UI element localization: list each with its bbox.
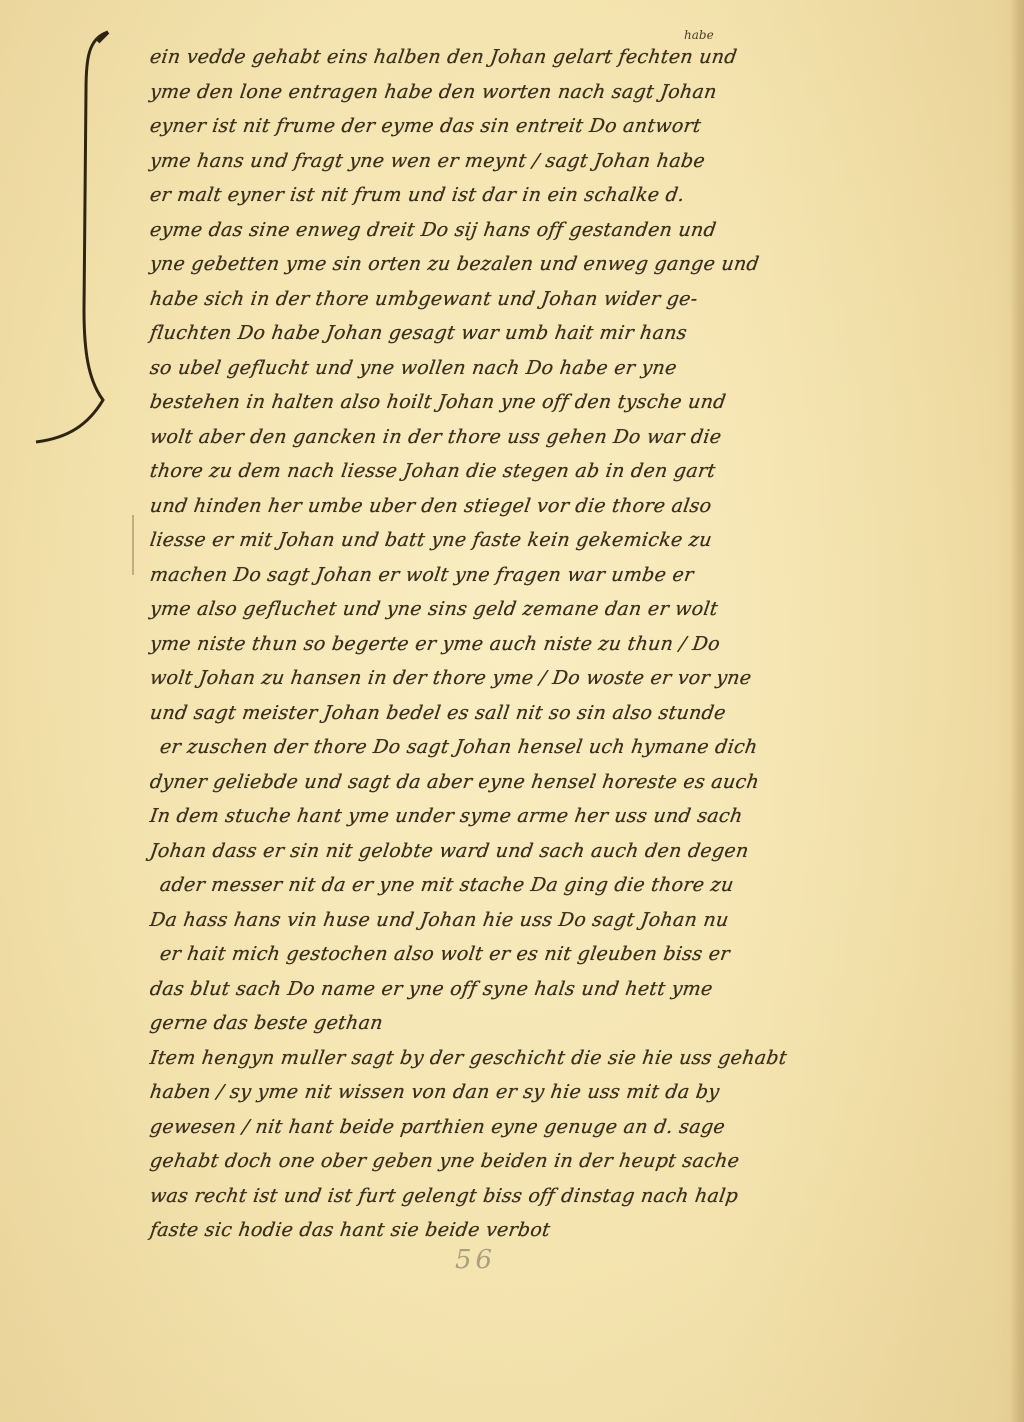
text-line: er hait mich gestochen also wolt er es n…: [148, 937, 1003, 972]
text-line: bestehen in halten also hoilt Johan yne …: [148, 385, 1003, 420]
text-line: Da hass hans vin huse und Johan hie uss …: [148, 903, 1003, 938]
text-line: wolt Johan zu hansen in der thore yme / …: [148, 661, 1003, 696]
text-line: faste sic hodie das hant sie beide verbo…: [148, 1213, 1003, 1248]
text-line: Item hengyn muller sagt by der geschicht…: [148, 1041, 1003, 1076]
page-edge-shadow: [1010, 0, 1024, 1422]
text-line: das blut sach Do name er yne off syne ha…: [148, 972, 1003, 1007]
text-line: gerne das beste gethan: [148, 1006, 1003, 1041]
text-line: wolt aber den gancken in der thore uss g…: [148, 420, 1003, 455]
text-line: yne gebetten yme sin orten zu bezalen un…: [148, 247, 1003, 282]
text-line: In dem stuche hant yme under syme arme h…: [148, 799, 1003, 834]
manuscript-page: habe ein vedde gehabt eins halben den Jo…: [0, 0, 1024, 1422]
text-line: yme den lone entragen habe den worten na…: [148, 75, 1003, 110]
text-line: eyner ist nit frume der eyme das sin ent…: [148, 109, 1003, 144]
text-line: ein vedde gehabt eins halben den Johan g…: [148, 40, 1003, 75]
text-line: gehabt doch one ober geben yne beiden in…: [148, 1144, 1003, 1179]
text-line: eyme das sine enweg dreit Do sij hans of…: [148, 213, 1003, 248]
text-line: ader messer nit da er yne mit stache Da …: [148, 868, 1003, 903]
text-line: und hinden her umbe uber den stiegel vor…: [148, 489, 1003, 524]
text-line: er malt eyner ist nit frum und ist dar i…: [148, 178, 1003, 213]
text-line: so ubel geflucht und yne wollen nach Do …: [148, 351, 1003, 386]
text-line: er zuschen der thore Do sagt Johan hense…: [148, 730, 1003, 765]
text-line: yme hans und fragt yne wen er meynt / sa…: [148, 144, 1003, 179]
text-line: was recht ist und ist furt gelengt biss …: [148, 1179, 1003, 1214]
text-line: habe sich in der thore umbgewant und Joh…: [148, 282, 1003, 317]
text-line: thore zu dem nach liesse Johan die stege…: [148, 454, 1003, 489]
text-line: haben / sy yme nit wissen von dan er sy …: [148, 1075, 1003, 1110]
text-line: Johan dass er sin nit gelobte ward und s…: [148, 834, 1003, 869]
text-line: liesse er mit Johan und batt yne faste k…: [148, 523, 1003, 558]
text-line: fluchten Do habe Johan gesagt war umb ha…: [148, 316, 1003, 351]
margin-bracket-icon: [28, 30, 138, 450]
folio-number: 56: [455, 1245, 496, 1275]
text-line: dyner geliebde und sagt da aber eyne hen…: [148, 765, 1003, 800]
text-line: machen Do sagt Johan er wolt yne fragen …: [148, 558, 1003, 593]
text-line: gewesen / nit hant beide parthien eyne g…: [148, 1110, 1003, 1145]
text-line: yme niste thun so begerte er yme auch ni…: [148, 627, 1003, 662]
text-line: und sagt meister Johan bedel es sall nit…: [148, 696, 1003, 731]
margin-stroke: [132, 515, 134, 575]
manuscript-text-block: ein vedde gehabt eins halben den Johan g…: [150, 40, 1000, 1248]
text-line: yme also gefluchet und yne sins geld zem…: [148, 592, 1003, 627]
